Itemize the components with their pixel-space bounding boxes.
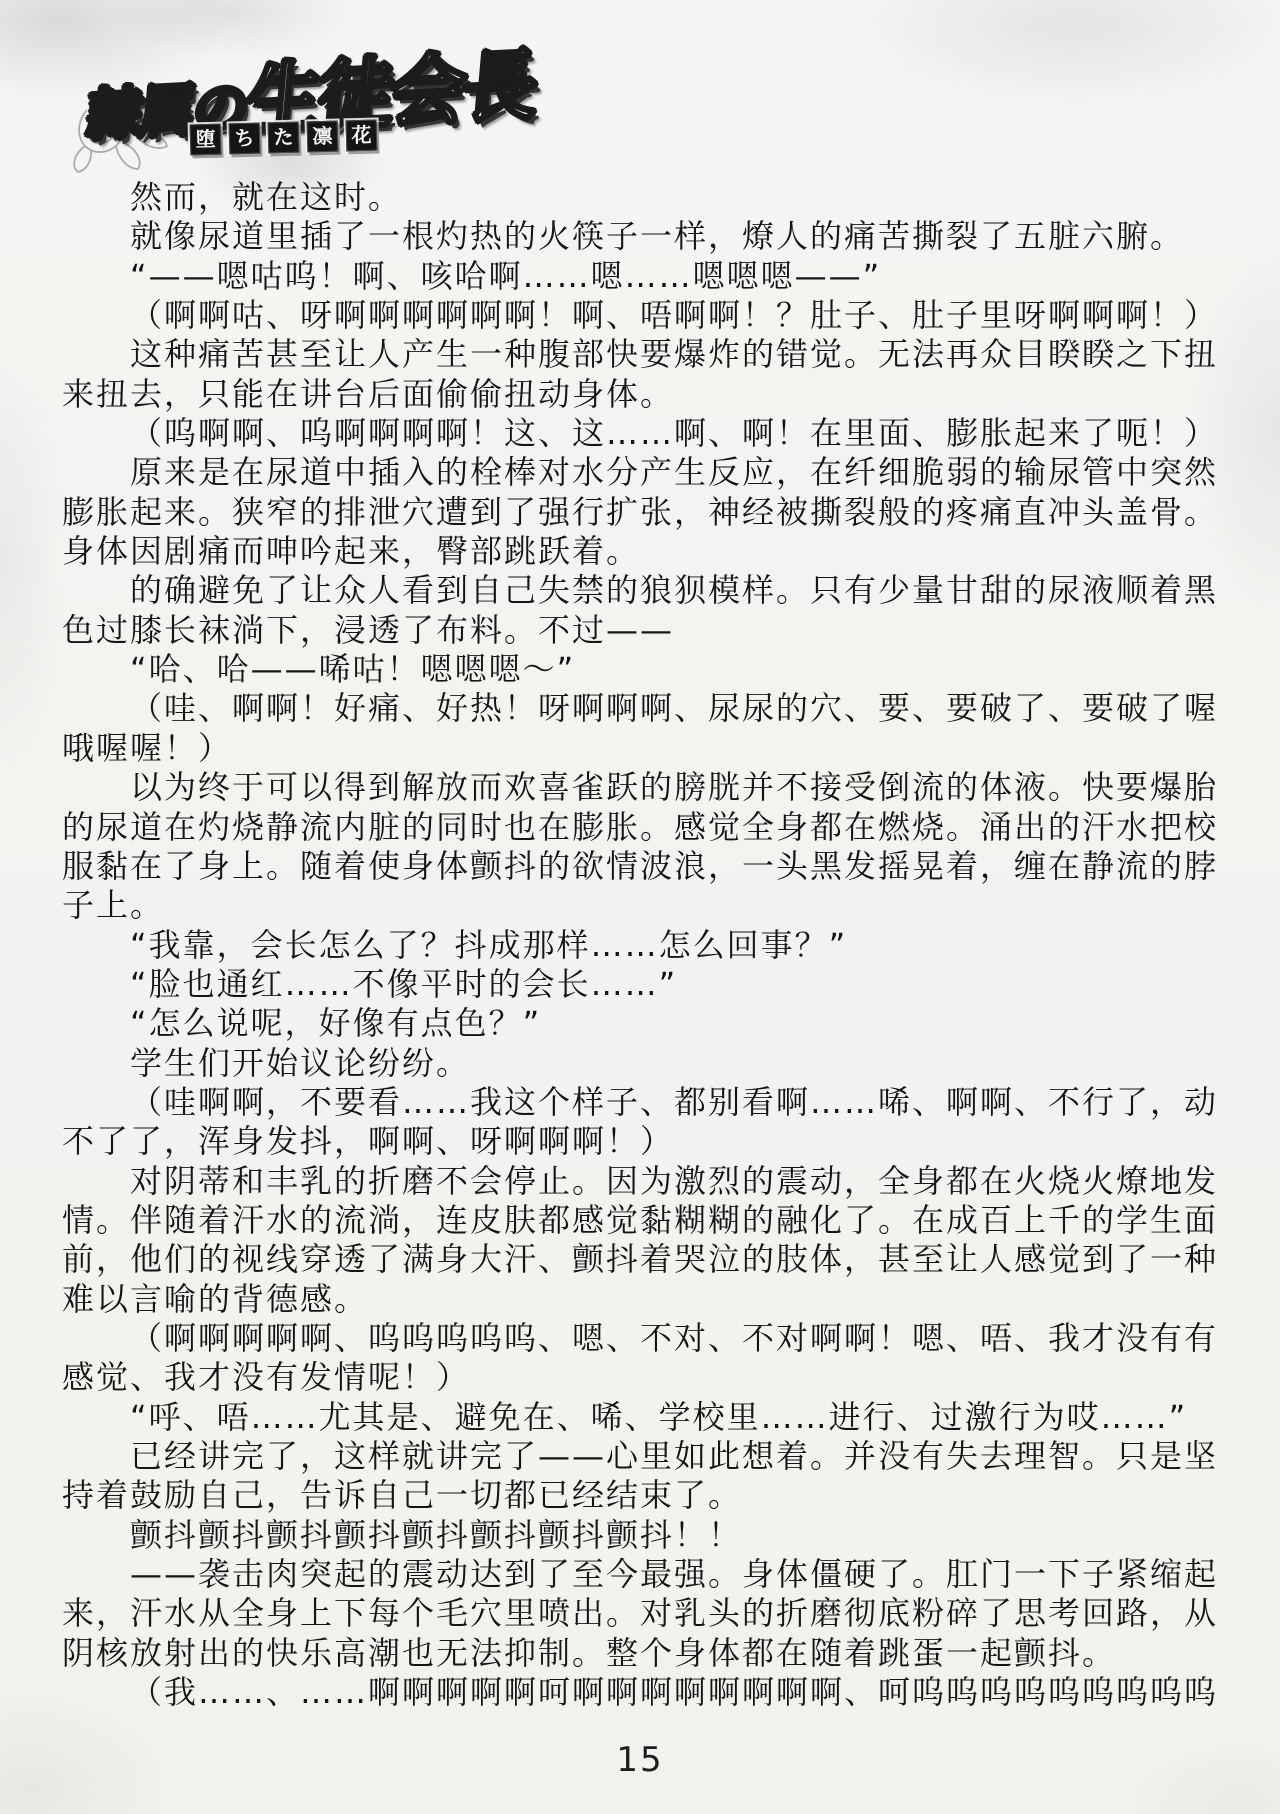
text-line: “脸也通红……不像平时的会长……”	[62, 965, 1220, 1004]
text-line: “我靠，会长怎么了？抖成那样……怎么回事？”	[62, 926, 1220, 965]
novel-text: 然而，就在这时。 就像尿道里插了一根灼热的火筷子一样，燎人的痛苦撕裂了五脏六腑。…	[62, 178, 1220, 1712]
subtitle-char-box: ち	[229, 123, 261, 155]
text-line: 前，他们的视线穿透了满身大汗、颤抖着哭泣的肢体，甚至让人感觉到了一种	[62, 1240, 1220, 1279]
text-line: 子上。	[62, 886, 1220, 925]
subtitle-char-box: 花	[346, 120, 378, 152]
subtitle-char-box: 凛	[307, 121, 339, 153]
text-line: 颤抖颤抖颤抖颤抖颤抖颤抖颤抖颤抖！！	[62, 1516, 1220, 1555]
text-line: 来扭去，只能在讲台后面偷偷扭动身体。	[62, 375, 1220, 414]
text-line: 服黏在了身上。随着使身体颤抖的欲情波浪，一头黑发摇晃着，缠在静流的脖	[62, 847, 1220, 886]
logo-subtitle: 堕 ち た 凛 花	[190, 120, 378, 156]
text-line: （哇、啊啊！好痛、好热！呀啊啊啊、尿尿的穴、要、要破了、要破了喔	[62, 689, 1220, 728]
text-line: （哇啊啊，不要看……我这个样子、都别看啊……唏、啊啊、不行了，动	[62, 1083, 1220, 1122]
text-line: （啊啊咕、呀啊啊啊啊啊啊！啊、唔啊啊！？肚子、肚子里呀啊啊啊！）	[62, 296, 1220, 335]
text-line: 哦喔喔！）	[62, 729, 1220, 768]
text-line: （我……、……啊啊啊啊啊呵啊啊啊啊啊啊啊啊、呵呜呜呜呜呜呜呜呜呜	[62, 1673, 1220, 1712]
text-line: 然而，就在这时。	[62, 178, 1220, 217]
text-line: 阴核放射出的快乐高潮也无法抑制。整个身体都在随着跳蛋一起颤抖。	[62, 1634, 1220, 1673]
text-line: 对阴蒂和丰乳的折磨不会停止。因为激烈的震动，全身都在火烧火燎地发	[62, 1162, 1220, 1201]
text-line: 情。伴随着汗水的流淌，连皮肤都感觉黏糊糊的融化了。在成百上千的学生面	[62, 1201, 1220, 1240]
text-line: 身体因剧痛而呻吟起来，臀部跳跃着。	[62, 532, 1220, 571]
text-line: 感觉、我才没有发情呢！）	[62, 1358, 1220, 1397]
subtitle-char-box: 堕	[190, 124, 222, 156]
text-line: 就像尿道里插了一根灼热的火筷子一样，燎人的痛苦撕裂了五脏六腑。	[62, 217, 1220, 256]
text-line: 来，汗水从全身上下每个毛穴里喷出。对乳头的折磨彻底粉碎了思考回路，从	[62, 1594, 1220, 1633]
text-line: “——嗯咕呜！啊、咳哈啊……嗯……嗯嗯嗯——”	[62, 257, 1220, 296]
doujin-logo: 隷属の生徒会長 堕 ち た 凛 花	[58, 22, 558, 182]
text-line: 色过膝长袜淌下，浸透了布料。不过——	[62, 611, 1220, 650]
text-line: 已经讲完了，这样就讲完了——心里如此想着。并没有失去理智。只是坚	[62, 1437, 1220, 1476]
text-line: 原来是在尿道中插入的栓棒对水分产生反应，在纤细脆弱的输尿管中突然	[62, 453, 1220, 492]
text-line: “呼、唔……尤其是、避免在、唏、学校里……进行、过激行为哎……”	[62, 1398, 1220, 1437]
text-line: 膨胀起来。狭窄的排泄穴遭到了强行扩张，神经被撕裂般的疼痛直冲头盖骨。	[62, 493, 1220, 532]
text-line: 以为终于可以得到解放而欢喜雀跃的膀胱并不接受倒流的体液。快要爆胎	[62, 768, 1220, 807]
text-line: 不了了，浑身发抖，啊啊、呀啊啊啊！）	[62, 1122, 1220, 1161]
text-line: 学生们开始议论纷纷。	[62, 1044, 1220, 1083]
text-line: “怎么说呢，好像有点色？”	[62, 1004, 1220, 1043]
text-line: （呜啊啊、呜啊啊啊啊！这、这……啊、啊！在里面、膨胀起来了呃！）	[62, 414, 1220, 453]
text-line: 难以言喻的背德感。	[62, 1280, 1220, 1319]
subtitle-char-box: た	[268, 122, 300, 154]
text-line: 的确避免了让众人看到自己失禁的狼狈模样。只有少量甘甜的尿液顺着黑	[62, 571, 1220, 610]
text-line: 持着鼓励自己，告诉自己一切都已经结束了。	[62, 1476, 1220, 1515]
page-number: 15	[0, 1740, 1280, 1780]
text-line: ——袭击肉突起的震动达到了至今最强。身体僵硬了。肛门一下子紧缩起	[62, 1555, 1220, 1594]
text-line: 这种痛苦甚至让人产生一种腹部快要爆炸的错觉。无法再众目睽睽之下扭	[62, 335, 1220, 374]
text-line: （啊啊啊啊啊、呜呜呜呜呜、嗯、不对、不对啊啊！嗯、唔、我才没有有	[62, 1319, 1220, 1358]
text-line: “哈、哈——唏咕！嗯嗯嗯～”	[62, 650, 1220, 689]
text-line: 的尿道在灼烧静流内脏的同时也在膨胀。感觉全身都在燃烧。涌出的汗水把校	[62, 808, 1220, 847]
scanned-novel-page: 隷属の生徒会長 堕 ち た 凛 花 然而，就在这时。 就像尿道里插了一根灼热的火…	[0, 0, 1280, 1814]
